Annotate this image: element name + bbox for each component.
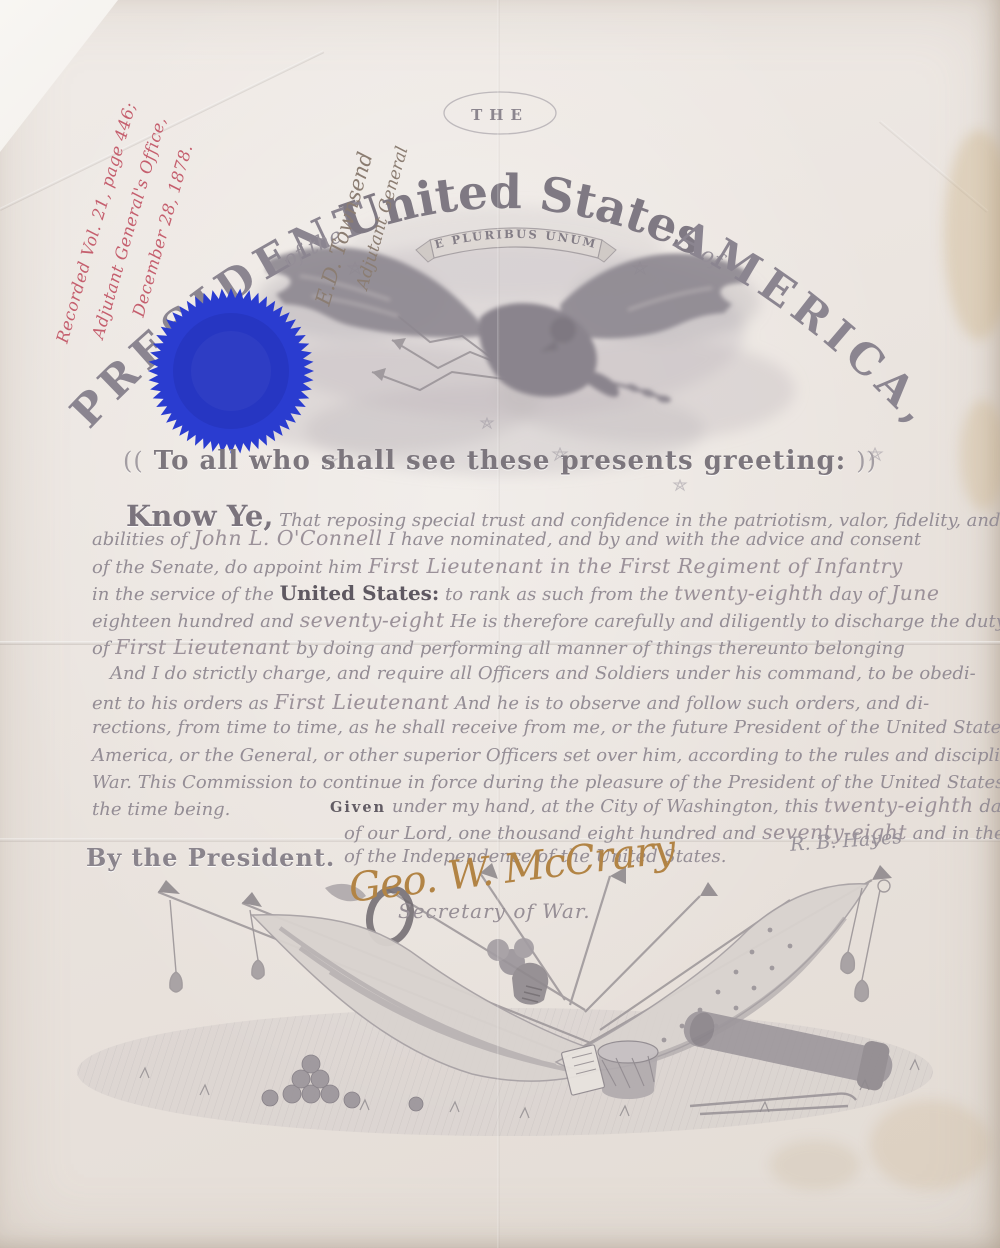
engraved-text: the time being. [92,799,230,820]
engraved-text: eighteen hundred and [92,611,300,632]
body-line: America, or the General, or other superi… [92,745,952,772]
flourish-left: (( [113,447,154,475]
engraved-text: of the Senate, do appoint him [92,557,368,578]
handwritten-entry: June [891,581,939,605]
body-line: rections, from time to time, as he shall… [92,717,952,744]
engraved-text: I have nominated, and by and with the ad… [382,529,921,550]
handwritten-entry: First Lieutenant [274,690,449,714]
engraved-text: abilities of [92,529,193,550]
commission-body: Know Ye, That reposing special trust and… [92,499,952,827]
engraved-text: of [92,638,115,659]
engraved-text: rections, from time to time, as he shall… [92,717,1000,738]
handwritten-entry: John L. O'Connell [193,526,382,550]
body-line: Given under my hand, at the City of Wash… [330,793,970,820]
engraved-text: by doing and performing all manner of th… [290,638,904,659]
engraved-text: under my hand, at the City of Washington… [386,796,824,817]
engraved-text: He is therefore carefully and diligently… [445,611,1000,632]
body-line: And I do strictly charge, and require al… [92,663,952,690]
secretary-of-war-label: Secretary of War. [398,899,591,923]
engraved-text: to rank as such from the [439,584,674,605]
flourish-right: )) [846,447,887,475]
engraved-text: day of [824,584,891,605]
edge-stain [870,1100,990,1190]
engraved-text: And I do strictly charge, and require al… [110,663,976,684]
title-the: THE [444,92,556,134]
engraved-text: in the service of the [92,584,280,605]
handwritten-entry: twenty-eighth [674,581,824,605]
engraved-text: ent to his orders as [92,693,274,714]
parchment-document: THE PRESIDENT of the United States of AM… [0,0,1000,1248]
greeting-text: To all who shall see these presents gree… [154,446,846,476]
body-line: abilities of John L. O'Connell I have no… [92,526,952,553]
body-line: in the service of the United States: to … [92,581,952,608]
body-line: Know Ye, That reposing special trust and… [92,499,952,526]
title-the-text: THE [471,106,529,124]
engraved-text: War. This Commission to continue in forc… [92,772,1000,793]
blue-seal [148,288,314,454]
handwritten-entry: First Lieutenant in the First Regiment o… [368,554,902,578]
engraved-text: day of [974,796,1000,817]
handwritten-entry: seventy-eight [300,608,445,632]
by-the-president-label: By the President. [86,843,335,872]
handwritten-entry: First Lieutenant [115,635,290,659]
greeting-line: ((To all who shall see these presents gr… [0,446,1000,476]
engraved-text: Given [330,799,386,816]
body-line: eighteen hundred and seventy-eight He is… [92,608,952,635]
body-line: ent to his orders as First Lieutenant An… [92,690,952,717]
handwritten-entry: twenty-eighth [824,793,974,817]
body-line: of First Lieutenant by doing and perform… [92,635,952,662]
engraved-text: and in the [907,823,1000,844]
engraved-text: United States: [280,581,440,605]
edge-stain [770,1140,860,1190]
engraved-text: And he is to observe and follow such ord… [449,693,929,714]
engraved-text: America, or the General, or other superi… [92,745,1000,766]
body-line: of the Senate, do appoint him First Lieu… [92,554,952,581]
